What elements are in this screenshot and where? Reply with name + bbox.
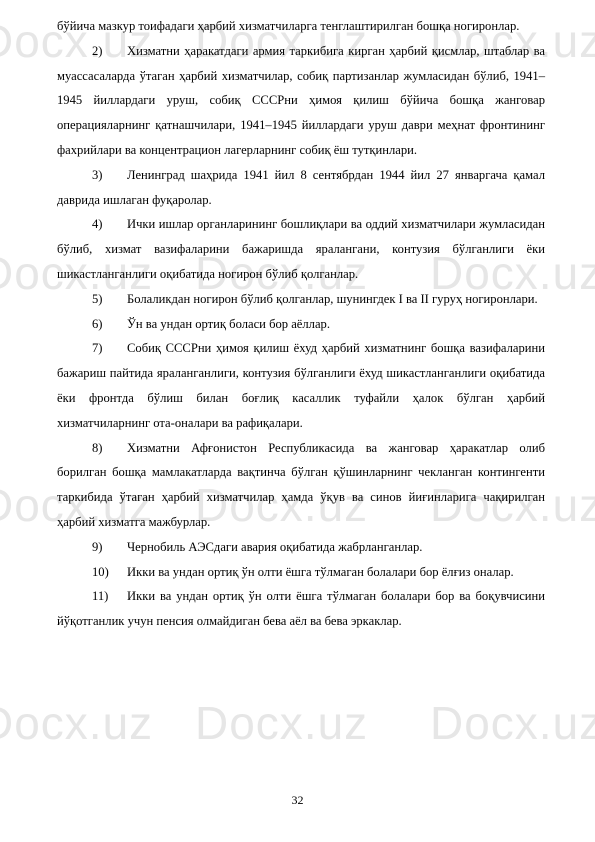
watermark-text: Docx.uz [0, 696, 153, 750]
watermark-text: Docx.uz [430, 696, 595, 750]
list-item: 7)Собиқ СССРни ҳимоя қилиш ёхуд ҳарбий х… [57, 336, 545, 435]
list-item-number: 6) [92, 312, 127, 337]
list-item-number: 4) [92, 212, 127, 237]
watermark: Docx.uz Docx.uz Docx.uz [0, 696, 595, 736]
list-item-text: Ленинград шаҳрида 1941 йил 8 сентябрдан … [57, 168, 545, 207]
list-item-text: Собиқ СССРни ҳимоя қилиш ёхуд ҳарбий хиз… [57, 341, 545, 429]
document-body: бўйича мазкур тоифадаги ҳарбий хизматчил… [57, 14, 545, 634]
list-item-text: Хизматни Афғонистон Республикасида ва жа… [57, 441, 545, 529]
list-item-text: Хизматни ҳаракатдаги армия таркибига кир… [57, 44, 545, 157]
list-item: 4)Ички ишлар органларининг бошлиқлари ва… [57, 212, 545, 286]
list-item: 3)Ленинград шаҳрида 1941 йил 8 сентябрда… [57, 163, 545, 213]
list-item-text: Ички ишлар органларининг бошлиқлари ва о… [57, 217, 545, 281]
list-item: 6)Ўн ва ундан ортиқ боласи бор аёллар. [57, 312, 545, 337]
list-item-number: 5) [92, 287, 127, 312]
list-item: 9)Чернобиль АЭСдаги авария оқибатида жаб… [57, 535, 545, 560]
list-item-number: 11) [92, 584, 127, 609]
list-item-text: Икки ва ундан ортиқ ўн олти ёшга тўлмага… [57, 589, 545, 628]
page-number: 32 [0, 793, 595, 808]
numbered-list: 2)Хизматни ҳаракатдаги армия таркибига к… [57, 39, 545, 634]
list-item: 11)Икки ва ундан ортиқ ўн олти ёшга тўлм… [57, 584, 545, 634]
list-item-number: 7) [92, 336, 127, 361]
list-item-text: Чернобиль АЭСдаги авария оқибатида жабрл… [127, 540, 422, 554]
watermark-text: Docx.uz [195, 696, 368, 750]
list-item-text: Ўн ва ундан ортиқ боласи бор аёллар. [127, 317, 330, 331]
list-item-text: Икки ва ундан ортиқ ўн олти ёшга тўлмага… [127, 565, 514, 579]
intro-paragraph: бўйича мазкур тоифадаги ҳарбий хизматчил… [57, 14, 545, 39]
list-item: 10)Икки ва ундан ортиқ ўн олти ёшга тўлм… [57, 560, 545, 585]
list-item: 2)Хизматни ҳаракатдаги армия таркибига к… [57, 39, 545, 163]
list-item-number: 3) [92, 163, 127, 188]
list-item-number: 10) [92, 560, 127, 585]
list-item: 5)Болаликдан ногирон бўлиб қолганлар, шу… [57, 287, 545, 312]
list-item-number: 9) [92, 535, 127, 560]
list-item-number: 2) [92, 39, 127, 64]
list-item-text: Болаликдан ногирон бўлиб қолганлар, шуни… [127, 292, 538, 306]
list-item-number: 8) [92, 436, 127, 461]
list-item: 8)Хизматни Афғонистон Республикасида ва … [57, 436, 545, 535]
